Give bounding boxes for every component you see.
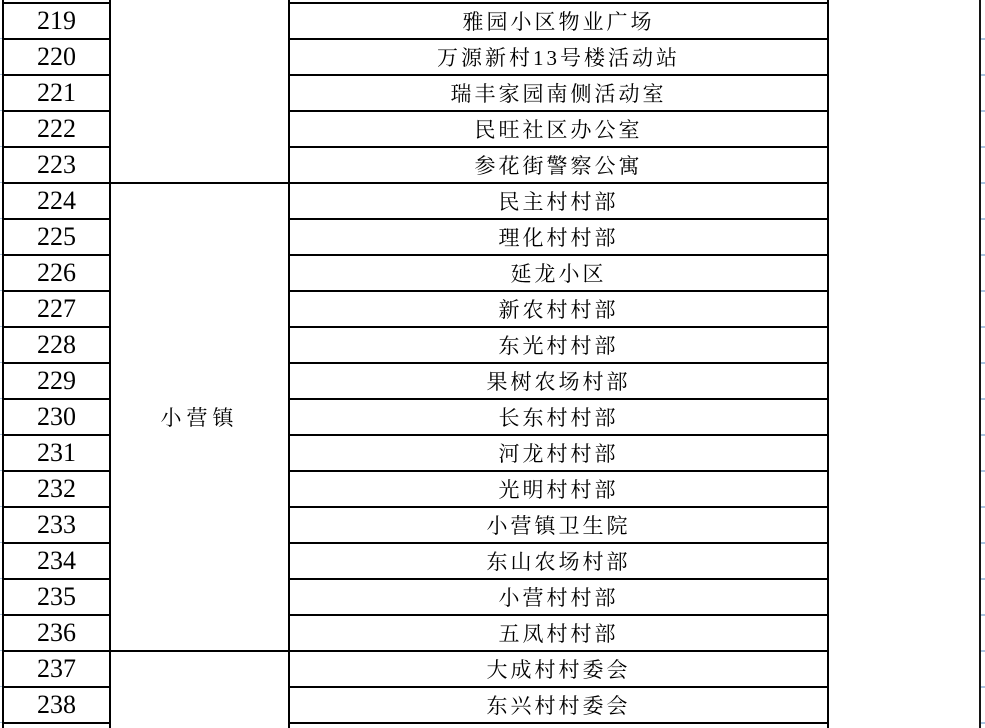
gridline-stub-left — [0, 110, 2, 111]
town-name-cell[interactable]: 小营镇 — [110, 183, 289, 651]
gridline-stub-left — [0, 470, 2, 471]
row-number-cell[interactable]: 225 — [3, 219, 110, 255]
gridline-stub-right — [981, 38, 985, 40]
site-name-cell[interactable]: 东光村村部 — [289, 327, 828, 363]
row-number-cell[interactable]: 223 — [3, 147, 110, 183]
gridline-stub-left — [0, 74, 2, 75]
gridline-stub-left — [0, 254, 2, 255]
site-name-cell[interactable]: 新农村村部 — [289, 291, 828, 327]
gridline-stub-right — [981, 686, 985, 688]
gridline-stub-right — [981, 650, 985, 652]
gridline-stub-right — [981, 146, 985, 148]
gridline-stub-right — [981, 254, 985, 256]
site-name-cell[interactable]: 万源新村13号楼活动站 — [289, 39, 828, 75]
site-name-cell[interactable]: 五凤村村部 — [289, 615, 828, 651]
town-name-cell[interactable] — [110, 3, 289, 183]
gridline-stub-left — [0, 146, 2, 147]
gridline-stub-right — [981, 398, 985, 400]
gridline-stub-right — [981, 362, 985, 364]
row-number-cell[interactable]: 221 — [3, 75, 110, 111]
row-number-cell[interactable]: 230 — [3, 399, 110, 435]
row-number-cell[interactable]: 235 — [3, 579, 110, 615]
row-number-cell[interactable]: 228 — [3, 327, 110, 363]
gridline-stub-left — [0, 362, 2, 363]
site-name-cell[interactable]: 民主村村部 — [289, 183, 828, 219]
gridline-stub-left — [0, 506, 2, 507]
site-name-cell[interactable]: 东山农场村部 — [289, 543, 828, 579]
gridline-stub-right — [981, 326, 985, 328]
gridline-stub-right — [981, 506, 985, 508]
row-number-cell[interactable]: 222 — [3, 111, 110, 147]
site-name-cell[interactable]: 果树农场村部 — [289, 363, 828, 399]
gridline-stub-right — [981, 542, 985, 544]
row-number-cell[interactable]: 234 — [3, 543, 110, 579]
site-name-cell[interactable]: 大成村村委会 — [289, 651, 828, 687]
row-number-cell[interactable]: 227 — [3, 291, 110, 327]
gridline-stub-left — [0, 650, 2, 651]
gridline-stub-left — [0, 38, 2, 39]
row-number-cell[interactable]: 238 — [3, 687, 110, 723]
row-number-cell[interactable]: 236 — [3, 615, 110, 651]
gridline-stub-left — [0, 398, 2, 399]
site-name-cell[interactable]: 小营镇卫生院 — [289, 507, 828, 543]
gridline-stub-right — [981, 614, 985, 616]
row-number-cell[interactable]: 232 — [3, 471, 110, 507]
gridline-stub-right — [981, 182, 985, 184]
gridline-stub-left — [0, 290, 2, 291]
site-name-cell[interactable]: 光明村村部 — [289, 471, 828, 507]
site-name-cell[interactable]: 延龙小区 — [289, 255, 828, 291]
site-name-cell[interactable]: 东兴村村委会 — [289, 687, 828, 723]
gridline-stub-left — [0, 722, 2, 723]
spreadsheet-table-view: 219雅园小区物业广场220万源新村13号楼活动站221瑞丰家园南侧活动室222… — [0, 0, 985, 728]
site-name-cell[interactable]: 小营村村部 — [289, 579, 828, 615]
row-number-cell[interactable]: 233 — [3, 507, 110, 543]
site-name-cell[interactable]: 长东村村部 — [289, 399, 828, 435]
gridline-stub-right — [981, 290, 985, 292]
site-name-cell[interactable]: 民旺社区办公室 — [289, 111, 828, 147]
gridline-stub-left — [0, 686, 2, 687]
site-name-cell[interactable]: 河龙村村部 — [289, 435, 828, 471]
row-number-cell[interactable]: 219 — [3, 3, 110, 39]
gridline-stub-right — [981, 470, 985, 472]
gridline-stub-left — [0, 578, 2, 579]
site-name-cell[interactable]: 瑞丰家园南侧活动室 — [289, 75, 828, 111]
gridline-stub-left — [0, 326, 2, 327]
gridline-stub-right — [981, 74, 985, 76]
gridline-stub-left — [0, 434, 2, 435]
gridline-stub-left — [0, 614, 2, 615]
town-name-cell[interactable] — [110, 651, 289, 723]
gridline-stub-right — [981, 434, 985, 436]
gridline-stub-left — [0, 218, 2, 219]
gridline-stub-right — [981, 218, 985, 220]
row-number-cell[interactable]: 226 — [3, 255, 110, 291]
gridline-stub-right — [981, 110, 985, 112]
site-name-cell[interactable]: 雅园小区物业广场 — [289, 3, 828, 39]
gridline-stub-right — [981, 722, 985, 724]
gridline-stub-left — [0, 182, 2, 183]
row-number-cell[interactable]: 220 — [3, 39, 110, 75]
gridline-stub-right — [981, 578, 985, 580]
gridline-stub-left — [0, 542, 2, 543]
row-number-cell[interactable]: 224 — [3, 183, 110, 219]
row-number-cell[interactable]: 231 — [3, 435, 110, 471]
row-number-cell[interactable]: 229 — [3, 363, 110, 399]
site-name-cell[interactable]: 参花街警察公寓 — [289, 147, 828, 183]
site-name-cell[interactable]: 理化村村部 — [289, 219, 828, 255]
row-number-cell[interactable]: 237 — [3, 651, 110, 687]
